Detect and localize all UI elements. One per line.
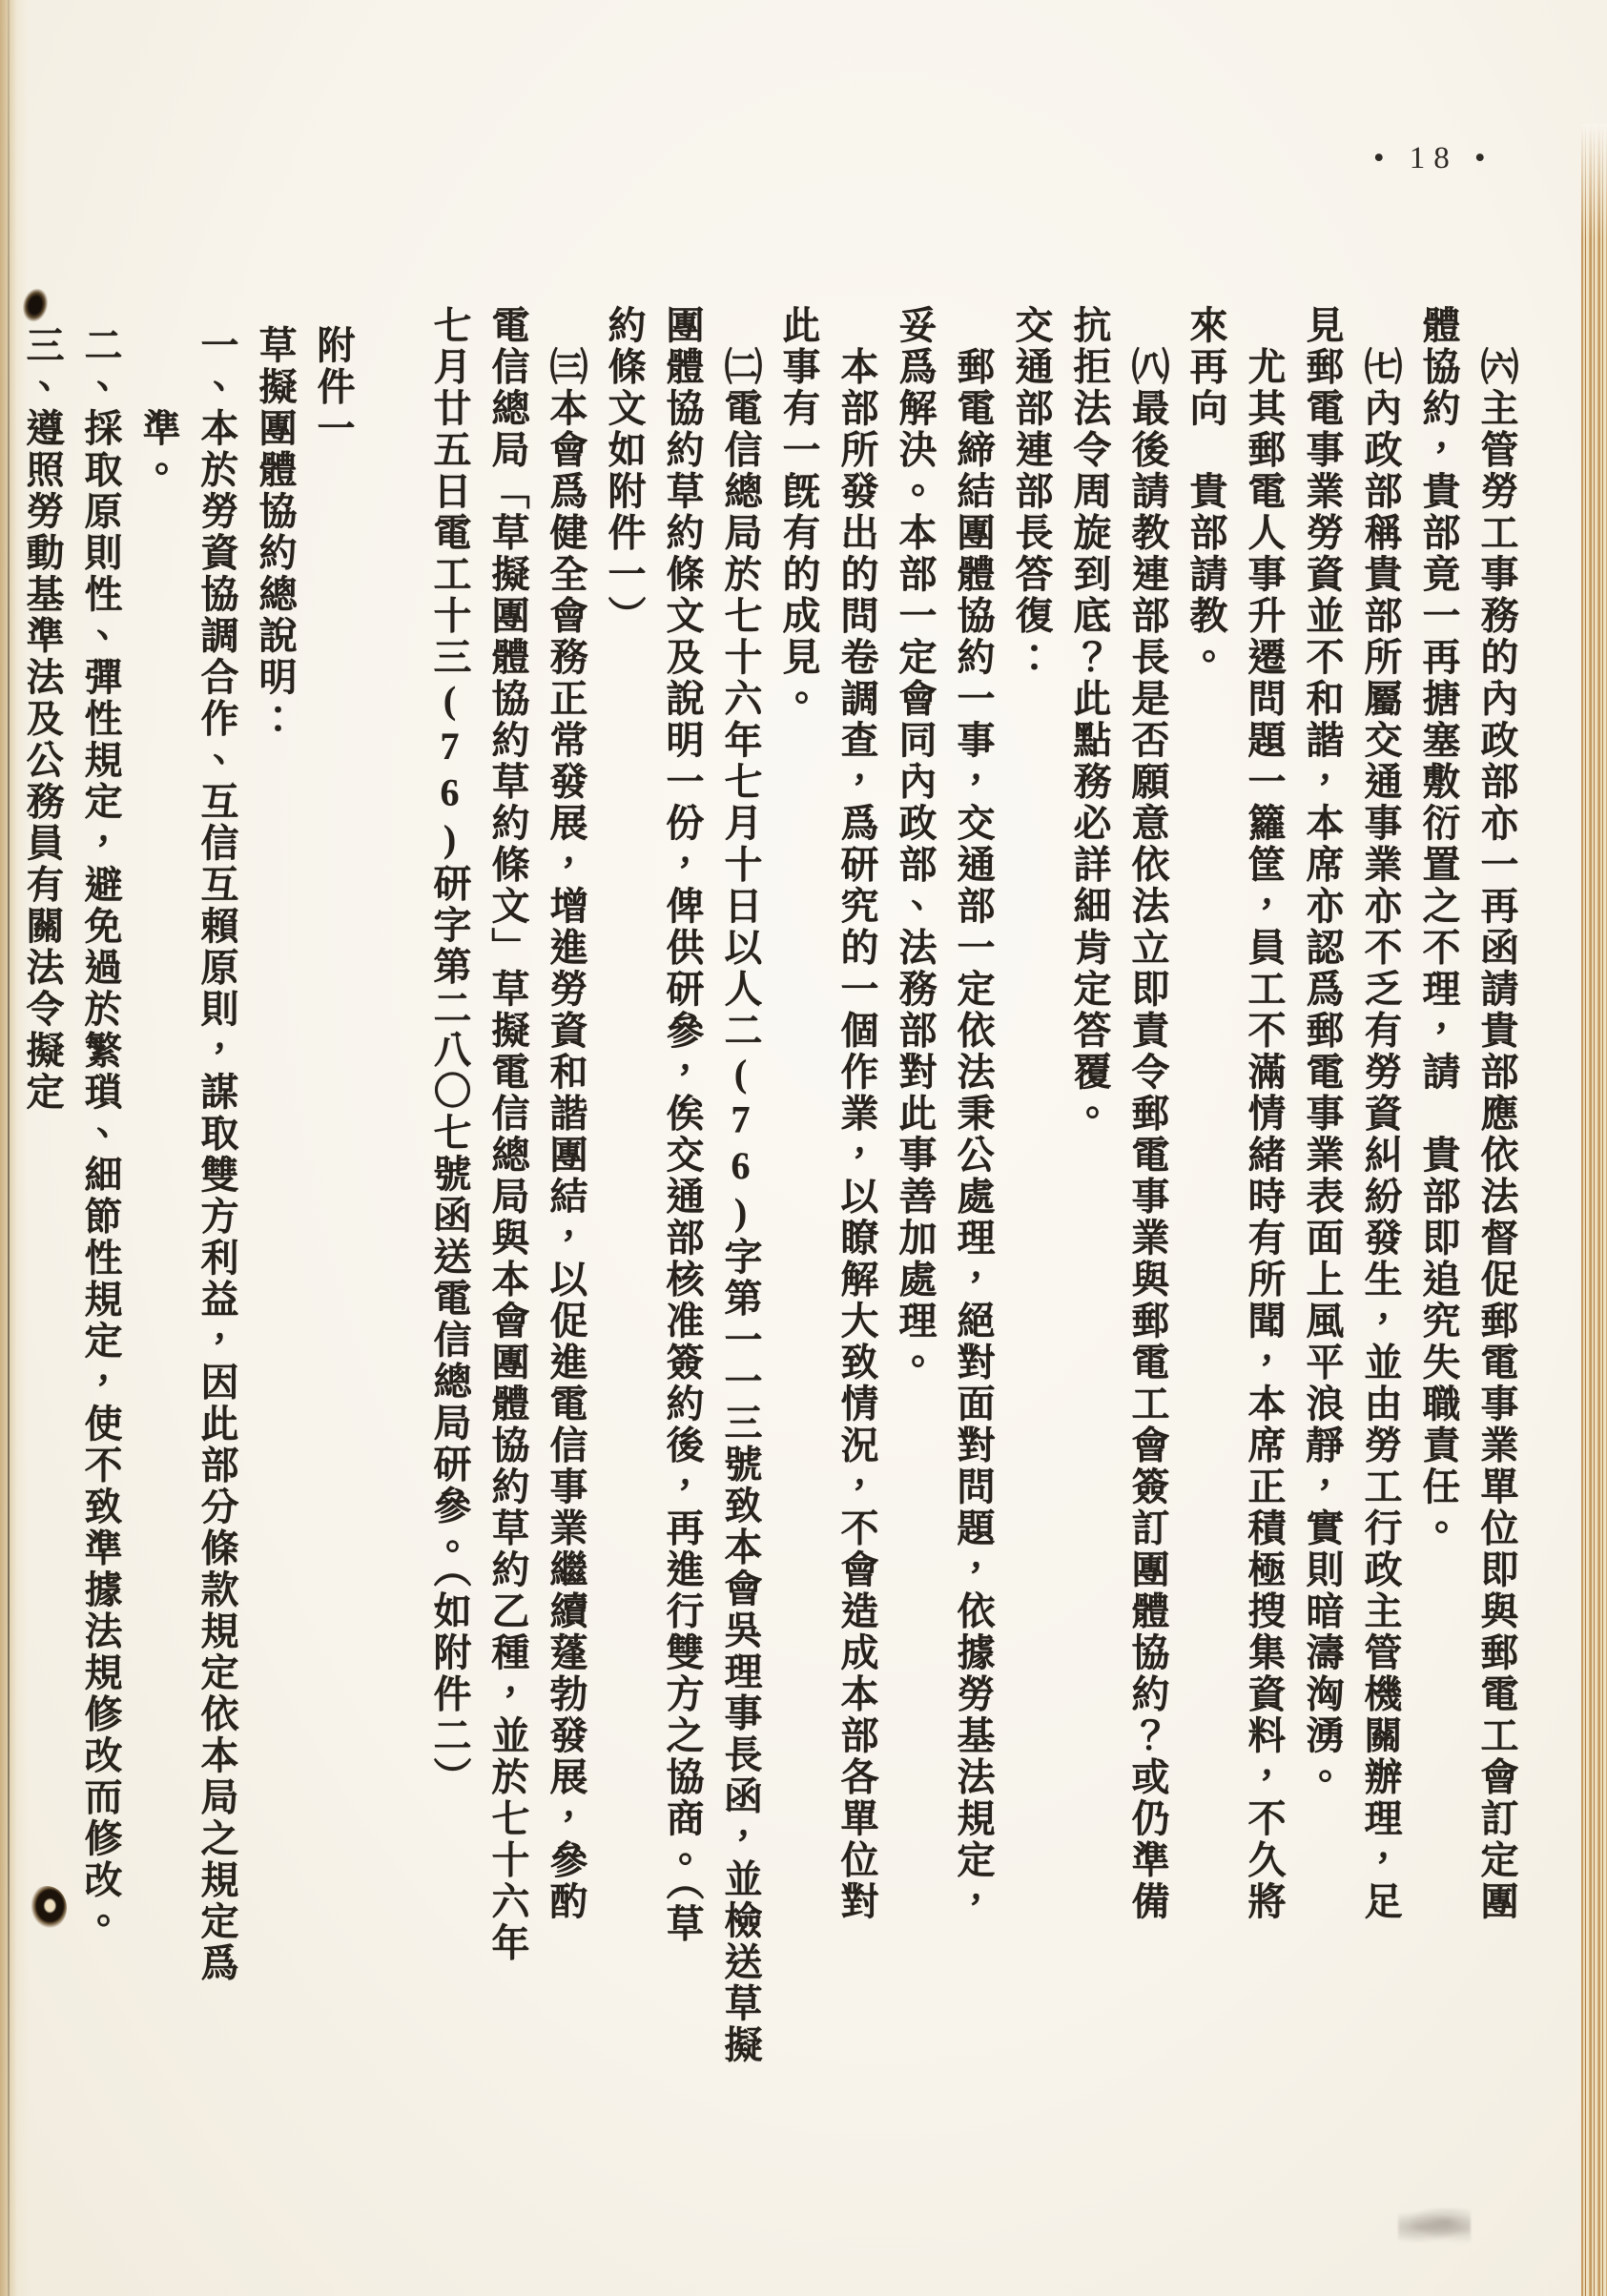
text-column: 交通部連部長答復： — [1002, 305, 1061, 2069]
text-column: ㈦內政部稱貴部所屬交通事業亦不乏有勞資糾紛發生，並由勞工行政主管機關辦理，足 — [1351, 305, 1410, 2069]
main-text-section: ㈥主管勞工事務的內政部亦一再函請貴部應依法督促郵電事業單位即與郵電工會訂定團體協… — [421, 305, 1526, 2069]
text-column: 本部所發出的問卷調查，爲研究的一個作業，以瞭解大致情況，不會造成本部各單位對 — [828, 305, 886, 2069]
text-column: 此事有一旣有的成見。 — [770, 305, 828, 2069]
page-number: • 18 • — [1373, 141, 1494, 176]
book-page-edges — [1581, 124, 1607, 2296]
ink-smudge — [1398, 2208, 1471, 2243]
text-column: ㈡電信總局於七十六年七月十日以人二(76)字第一一三號致本會吳理事長函，並檢送草… — [711, 305, 770, 2069]
text-column: ㈢本會爲健全會務正常發展，增進勞資和諧團結，以促進電信事業繼續蓬勃發展，參酌 — [537, 305, 595, 2069]
text-column: 郵電締結團體協約一事，交通部一定依法秉公處理，絕對面對問題，依據勞基法規定， — [944, 305, 1002, 2069]
attachment-text-section: 附件一草擬團體協約總說明：一、本於勞資協調合作、互信互賴原則，謀取雙方利益，因此… — [13, 325, 362, 2089]
text-column: 體協約，貴部竟一再搪塞敷衍置之不理，請 貴部即追究失職責任。 — [1410, 305, 1468, 2069]
text-column: ㈥主管勞工事務的內政部亦一再函請貴部應依法督促郵電事業單位即與郵電工會訂定團 — [1468, 305, 1526, 2069]
text-column: ㈧最後請教連部長是否願意依法立即責令郵電事業與郵電工會簽訂團體協約？或仍準備 — [1119, 305, 1177, 2069]
text-column: 準。 — [130, 325, 188, 2089]
text-column: 妥爲解決。本部一定會同內政部、法務部對此事善加處理。 — [886, 305, 944, 2069]
text-column: 七月廿五日電工十三(76)研字第二八〇七號函送電信總局研參。（如附件二） — [421, 305, 479, 2069]
text-column: 尤其郵電人事升遷問題一籮筐，員工不滿情緒時有所聞，本席正積極搜集資料，不久將 — [1235, 305, 1293, 2069]
text-column: 三、遵照勞動基準法及公務員有關法令擬定 — [13, 325, 72, 2089]
text-column: 團體協約草約條文及說明一份，俾供研參，俟交通部核准簽約後，再進行雙方之協商。（草 — [653, 305, 711, 2069]
text-column: 約條文如附件一） — [595, 305, 653, 2069]
text-column: 見郵電事業勞資並不和諧，本席亦認爲郵電事業表面上風平浪靜，實則暗濤洶湧。 — [1293, 305, 1351, 2069]
text-column: 來再向 貴部請教。 — [1177, 305, 1235, 2069]
text-column: 附件一 — [304, 325, 362, 2089]
text-column: 一、本於勞資協調合作、互信互賴原則，謀取雙方利益，因此部分條款規定依本局之規定爲 — [188, 325, 246, 2089]
scanned-document-page: • 18 • ㈥主管勞工事務的內政部亦一再函請貴部應依法督促郵電事業單位即與郵電… — [0, 0, 1607, 2296]
text-column: 電信總局「草擬團體協約草約條文」草擬電信總局與本會團體協約草約乙種，並於七十六年 — [479, 305, 537, 2069]
text-column: 草擬團體協約總說明： — [246, 325, 304, 2089]
text-column: 二、採取原則性、彈性規定，避免過於繁瑣、細節性規定，使不致準據法規修改而修改。 — [72, 325, 130, 2089]
text-column: 抗拒法令周旋到底？此點務必詳細肯定答覆。 — [1061, 305, 1119, 2069]
